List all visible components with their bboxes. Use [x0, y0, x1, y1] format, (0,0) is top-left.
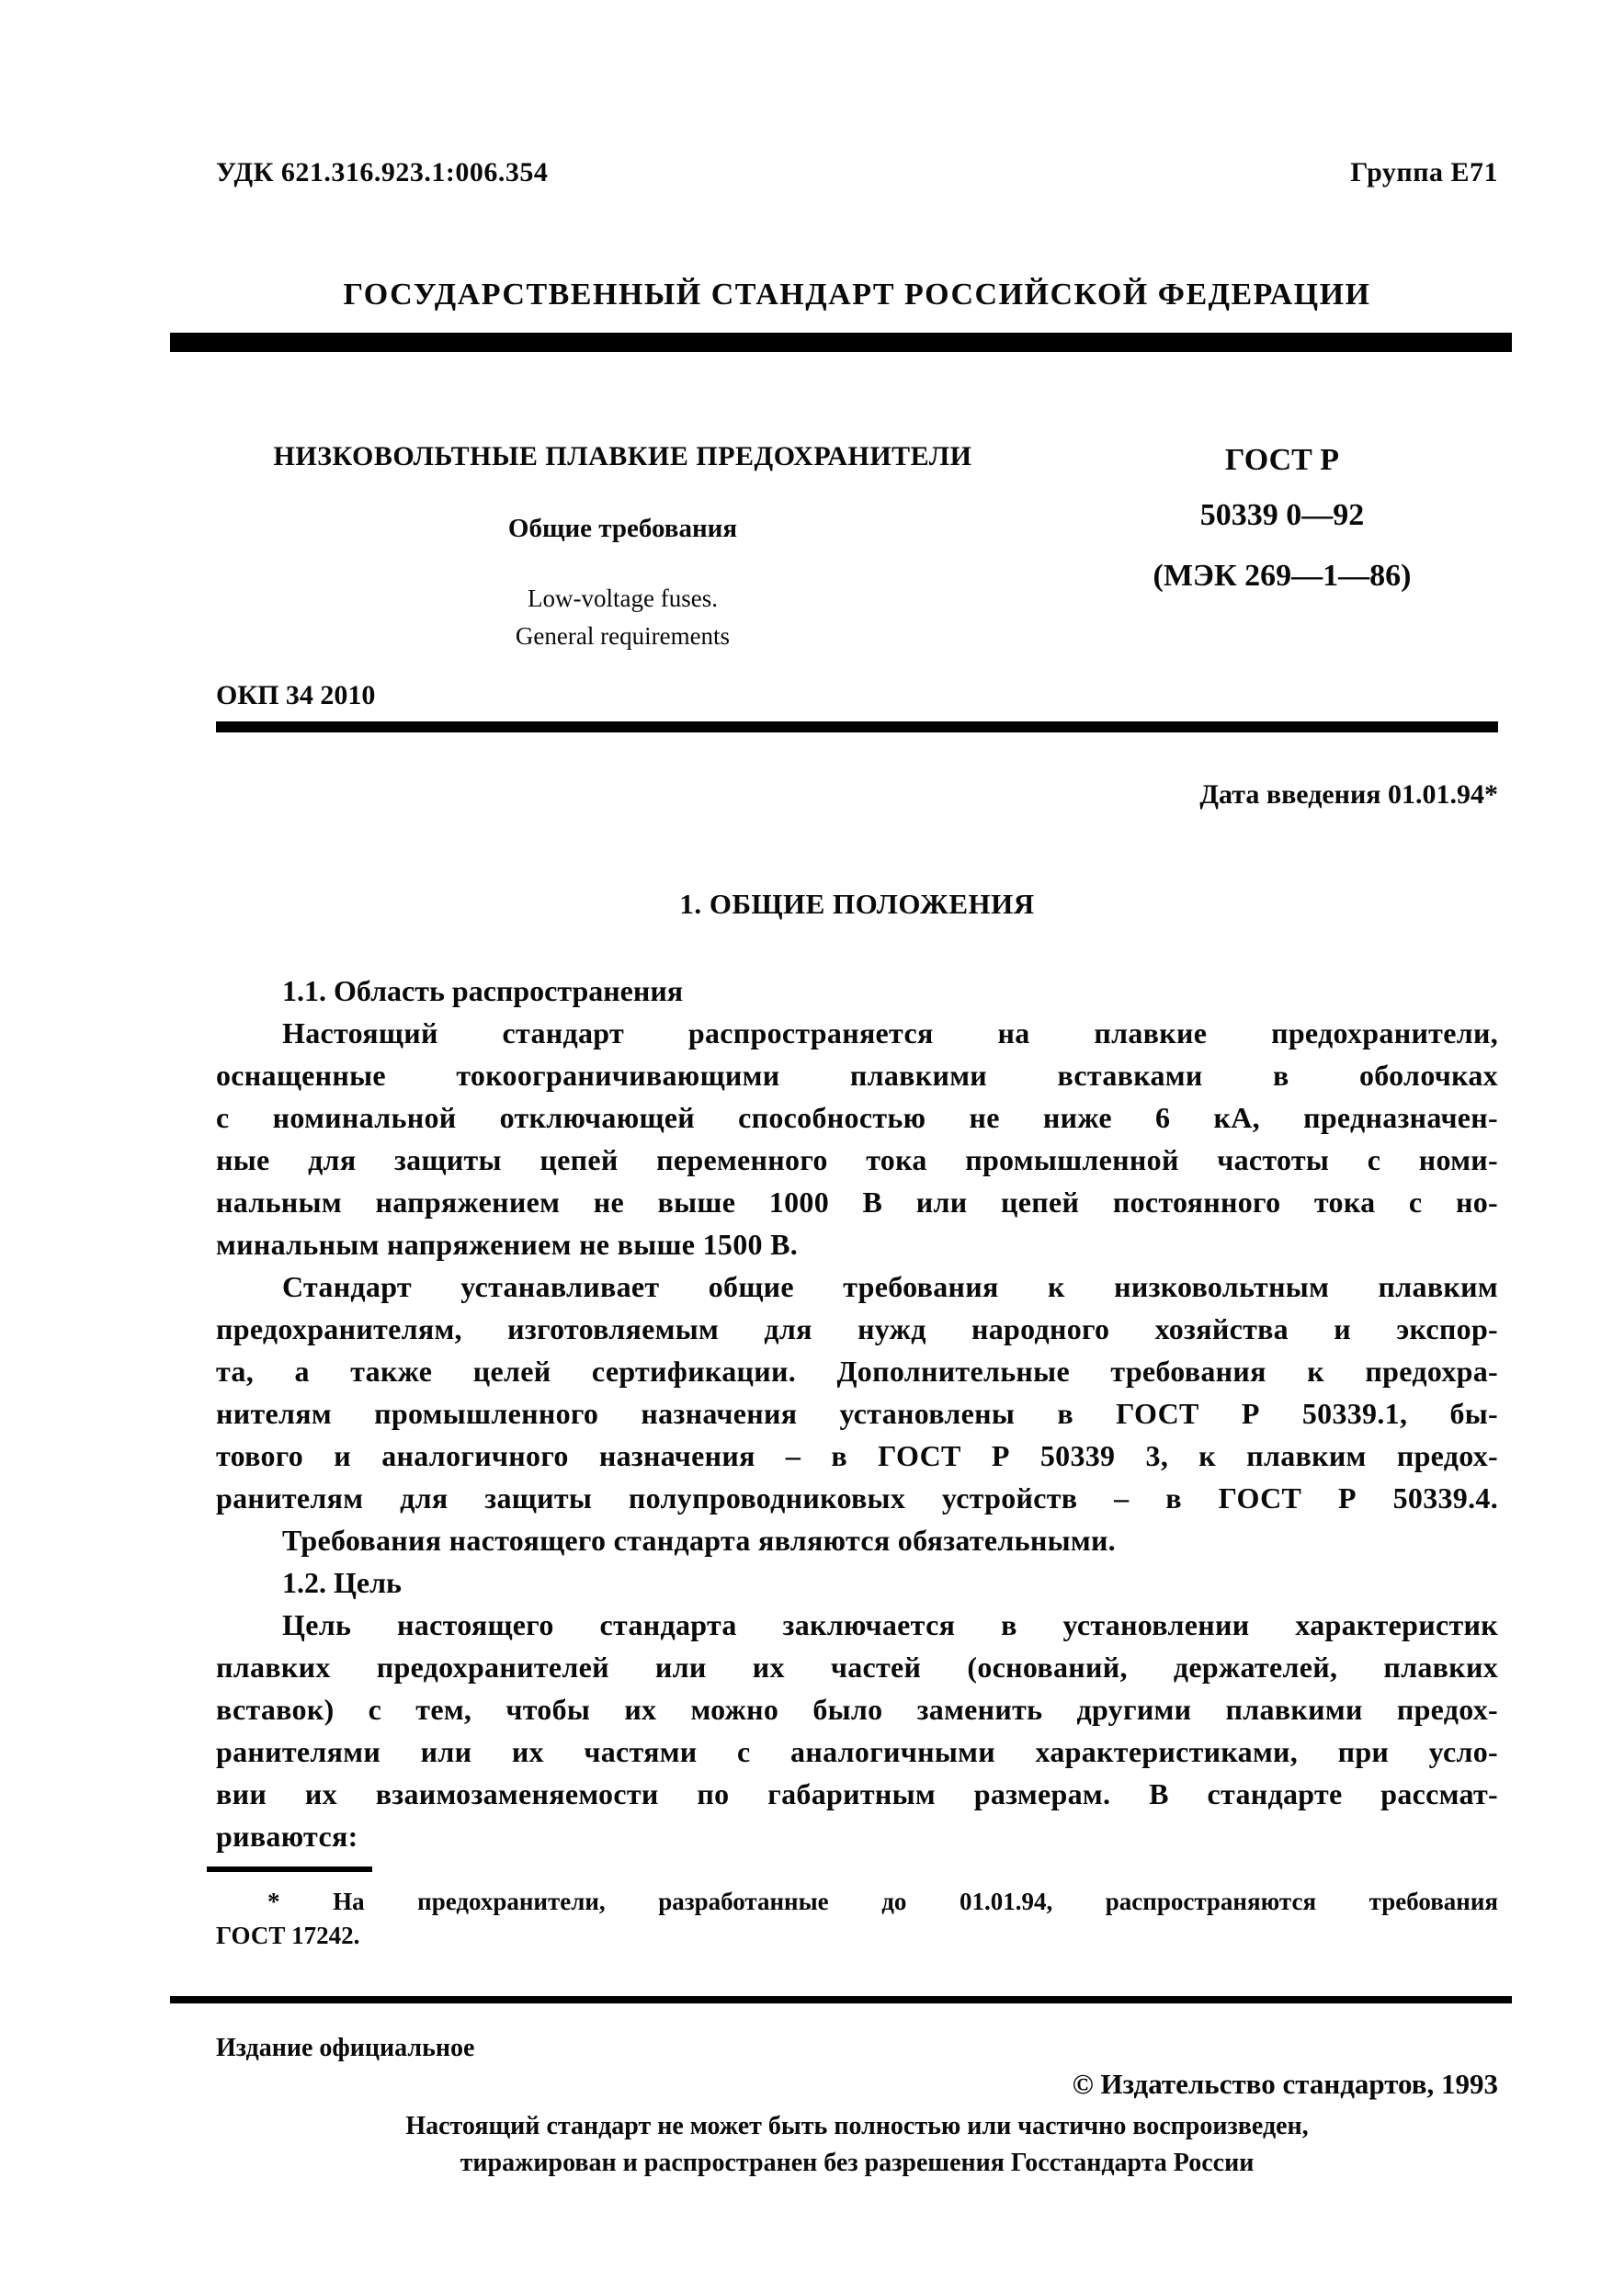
- text-line: (МЭК 269—1—86): [1066, 554, 1498, 598]
- text-line: ранителям для защиты полупроводниковых у…: [216, 1477, 1498, 1519]
- gost-standard-page: УДК 621.316.923.1:006.354 Группа Е71 ГОС…: [0, 0, 1624, 2292]
- text-line: ранителями или их частями с аналогичными…: [216, 1730, 1498, 1773]
- footnote: * На предохранители, разработанные до 01…: [216, 1885, 1498, 1953]
- text-line: тового и аналогичного назначения – в ГОС…: [216, 1435, 1498, 1477]
- section-1-heading: 1. ОБЩИЕ ПОЛОЖЕНИЯ: [216, 885, 1498, 924]
- udk-header-row: УДК 621.316.923.1:006.354 Группа Е71: [216, 154, 1498, 191]
- subsection-1-2-heading: 1.2. Цель: [216, 1561, 1498, 1604]
- text-line: ные для защиты цепей переменного тока пр…: [216, 1139, 1498, 1181]
- divider-bar-top: [170, 333, 1512, 352]
- title-left-column: НИЗКОВОЛЬТНЫЕ ПЛАВКИЕ ПРЕДОХРАНИТЕЛИ Общ…: [216, 438, 1066, 655]
- text-line: Требования настоящего стандарта являются…: [216, 1519, 1498, 1561]
- text-line: ГОСТ Р: [1066, 438, 1498, 482]
- text-line: вии их взаимозаменяемости по габаритным …: [216, 1773, 1498, 1815]
- text-line: предохранителям, изготовляемым для нужд …: [216, 1308, 1498, 1350]
- gost-code-block: ГОСТ Р50339 0—92(МЭК 269—1—86): [1066, 438, 1498, 655]
- text-line: та, а также целей сертификации. Дополнит…: [216, 1350, 1498, 1392]
- text-line: Стандарт устанавливает общие требования …: [216, 1265, 1498, 1308]
- divider-bar-middle: [216, 721, 1498, 732]
- text-line: Настоящий стандарт не может быть полност…: [216, 2108, 1498, 2145]
- text-line: * На предохранители, разработанные до 01…: [216, 1885, 1498, 1919]
- document-title-english: Low-voltage fuses.General requirements: [216, 580, 1029, 655]
- text-line: General requirements: [216, 618, 1029, 655]
- text-line: риваются:: [216, 1815, 1498, 1857]
- text-line: 50339 0—92: [1066, 494, 1498, 538]
- copyright-line: © Издательство стандартов, 1993: [216, 2066, 1498, 2103]
- title-block: НИЗКОВОЛЬТНЫЕ ПЛАВКИЕ ПРЕДОХРАНИТЕЛИ Общ…: [216, 438, 1498, 655]
- text-line: Цель настоящего стандарта заключается в …: [216, 1604, 1498, 1646]
- text-line: Настоящий стандарт распространяется на п…: [216, 1012, 1498, 1054]
- udk-number: УДК 621.316.923.1:006.354: [216, 154, 548, 191]
- paragraph-requirements: Стандарт устанавливает общие требования …: [216, 1265, 1498, 1519]
- state-standard-header: ГОСУДАРСТВЕННЫЙ СТАНДАРТ РОССИЙСКОЙ ФЕДЕ…: [216, 276, 1498, 314]
- paragraph-mandatory: Требования настоящего стандарта являются…: [216, 1519, 1498, 1561]
- introduction-date: Дата введения 01.01.94*: [216, 777, 1498, 813]
- subsection-1-1-heading: 1.1. Область распространения: [216, 970, 1498, 1012]
- reproduction-notice: Настоящий стандарт не может быть полност…: [216, 2108, 1498, 2182]
- group-code: Группа Е71: [1350, 154, 1498, 191]
- paragraph-purpose: Цель настоящего стандарта заключается в …: [216, 1604, 1498, 1857]
- text-line: минальным напряжением не выше 1500 В.: [216, 1223, 1498, 1265]
- okp-code: ОКП 34 2010: [216, 677, 1498, 714]
- text-line: оснащенные токоограничивающими плавкими …: [216, 1054, 1498, 1096]
- text-line: вставок) с тем, чтобы их можно было заме…: [216, 1688, 1498, 1730]
- text-line: с номинальной отключающей способностью н…: [216, 1096, 1498, 1139]
- official-edition-label: Издание официальное: [216, 2031, 1498, 2066]
- text-line: тиражирован и распространен без разрешен…: [216, 2145, 1498, 2182]
- text-line: ГОСТ 17242.: [216, 1919, 1498, 1953]
- footnote-divider: [207, 1867, 372, 1872]
- text-line: нальным напряжением не выше 1000 В или ц…: [216, 1181, 1498, 1223]
- document-title: НИЗКОВОЛЬТНЫЕ ПЛАВКИЕ ПРЕДОХРАНИТЕЛИ: [216, 438, 1029, 475]
- document-subtitle: Общие требования: [216, 510, 1029, 547]
- paragraph-scope: Настоящий стандарт распространяется на п…: [216, 1012, 1498, 1265]
- divider-bar-bottom: [170, 1996, 1512, 2003]
- text-line: Low-voltage fuses.: [216, 580, 1029, 618]
- text-line: плавких предохранителей или их частей (о…: [216, 1646, 1498, 1688]
- text-line: нителям промышленного назначения установ…: [216, 1392, 1498, 1435]
